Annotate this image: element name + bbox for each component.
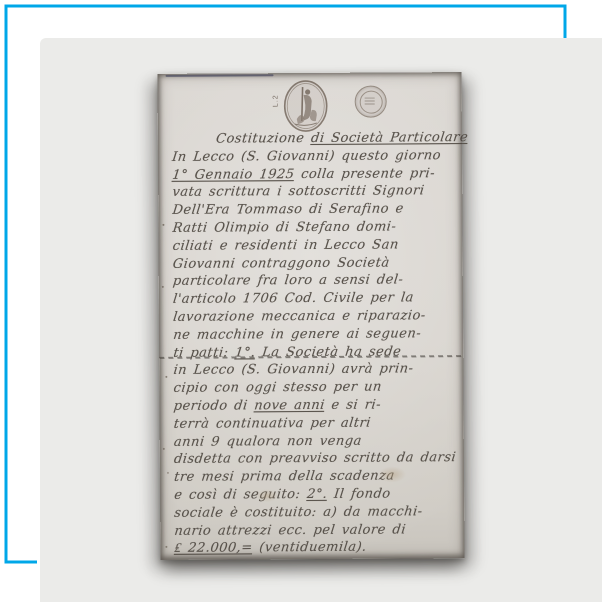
handwritten-line: disdetta con preavviso scritto da darsi [173, 449, 461, 469]
handwritten-line: ₤ 22.000,= (ventiduemila). [173, 538, 461, 558]
handwritten-line: Dell'Era Tommaso di Serafino e [171, 200, 459, 220]
handwritten-line: Costituzione di Società Particolare [171, 129, 459, 149]
paper-stain [378, 466, 406, 482]
handwritten-line: Ratti Olimpio di Stefano domi- [172, 218, 460, 238]
photo-top-edge-artifact [166, 74, 274, 77]
handwritten-line: particolare fra loro a sensi del- [172, 271, 460, 291]
handwritten-line: Giovanni contraggono Società [172, 254, 460, 274]
revenue-stamp-icon [283, 79, 329, 133]
handwritten-line: ne macchine in genere ai seguen- [172, 325, 460, 345]
paper-specks [162, 224, 164, 226]
handwritten-line: l'articolo 1706 Cod. Civile per la [172, 289, 460, 309]
document-photo: L.2 Costituzione di Società ParticolareI… [158, 72, 465, 560]
handwritten-line: anni 9 qualora non venga [173, 432, 461, 452]
handwritten-line: ti patti: 1°. La Società ha sede [172, 343, 460, 363]
handwritten-line: in Lecco (S. Giovanni) avrà prin- [172, 360, 460, 380]
handwritten-line: 1° Gennaio 1925 colla presente pri- [171, 165, 459, 185]
handwritten-text: Costituzione di Società ParticolareIn Le… [171, 129, 460, 558]
paper-stain [256, 489, 278, 502]
content-panel: L.2 Costituzione di Società ParticolareI… [40, 38, 602, 602]
revenue-stamp-denomination: L.2 [273, 94, 280, 107]
handwritten-line: vata scrittura i sottoscritti Signori [171, 182, 459, 202]
handwritten-line: lavorazione meccanica e riparazio- [172, 307, 460, 327]
handwritten-line: tre mesi prima della scadenza [173, 467, 461, 487]
handwritten-line: e così di seguito: 2°. Il fondo [173, 485, 461, 505]
handwritten-line: terrà continuativa per altri [173, 414, 461, 434]
embossed-seal-text-lines [365, 98, 375, 105]
handwritten-line: nario attrezzi ecc. pel valore di [173, 521, 461, 541]
handwritten-line: In Lecco (S. Giovanni) questo giorno [171, 147, 459, 167]
handwritten-line: sociale è costituito: a) da macchi- [173, 503, 461, 523]
handwritten-line: ciliati e residenti in Lecco San [172, 236, 460, 256]
handwritten-line: periodo di nove anni e si ri- [173, 396, 461, 416]
embossed-seal-icon [355, 86, 387, 118]
handwritten-line: cipio con oggi stesso per un [172, 378, 460, 398]
